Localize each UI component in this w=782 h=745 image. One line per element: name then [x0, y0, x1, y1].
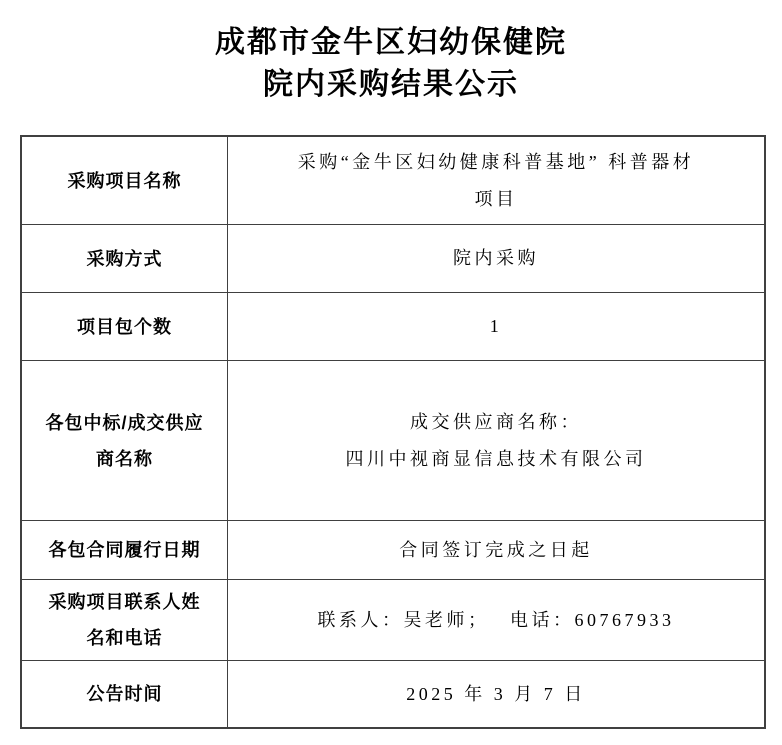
table-row-contact-info: 采购项目联系人姓 名和电话 联系人：吴老师； 电话：60767933 — [22, 579, 764, 660]
row-label: 各包合同履行日期 — [22, 521, 228, 579]
table-row-supplier-name: 各包中标/成交供应 商名称 成交供应商名称： 四川中视商显信息技术有限公司 — [22, 360, 764, 520]
table-row-contract-date: 各包合同履行日期 合同签订完成之日起 — [22, 520, 764, 579]
title-line-2: 院内采购结果公示 — [0, 64, 782, 106]
row-value: 联系人：吴老师； 电话：60767933 — [228, 580, 764, 660]
table-row-package-count: 项目包个数 1 — [22, 292, 764, 360]
row-value: 采购“金牛区妇幼健康科普基地” 科普器材 项目 — [228, 137, 764, 224]
table-row-project-name: 采购项目名称 采购“金牛区妇幼健康科普基地” 科普器材 项目 — [22, 137, 764, 224]
row-value: 合同签订完成之日起 — [228, 521, 764, 579]
row-label: 采购项目名称 — [22, 137, 228, 224]
row-value: 1 — [228, 293, 764, 360]
row-value: 成交供应商名称： 四川中视商显信息技术有限公司 — [228, 361, 764, 520]
row-value: 2025 年 3 月 7 日 — [228, 661, 764, 727]
row-label: 各包中标/成交供应 商名称 — [22, 361, 228, 520]
title-line-1: 成都市金牛区妇幼保健院 — [0, 22, 782, 64]
row-label: 项目包个数 — [22, 293, 228, 360]
row-label: 采购方式 — [22, 225, 228, 292]
table-row-announcement-date: 公告时间 2025 年 3 月 7 日 — [22, 660, 764, 727]
row-label: 公告时间 — [22, 661, 228, 727]
procurement-result-table: 采购项目名称 采购“金牛区妇幼健康科普基地” 科普器材 项目 采购方式 院内采购… — [20, 135, 766, 729]
announcement-title: 成都市金牛区妇幼保健院 院内采购结果公示 — [0, 22, 782, 106]
table-row-procurement-method: 采购方式 院内采购 — [22, 224, 764, 292]
row-value: 院内采购 — [228, 225, 764, 292]
row-label: 采购项目联系人姓 名和电话 — [22, 580, 228, 660]
